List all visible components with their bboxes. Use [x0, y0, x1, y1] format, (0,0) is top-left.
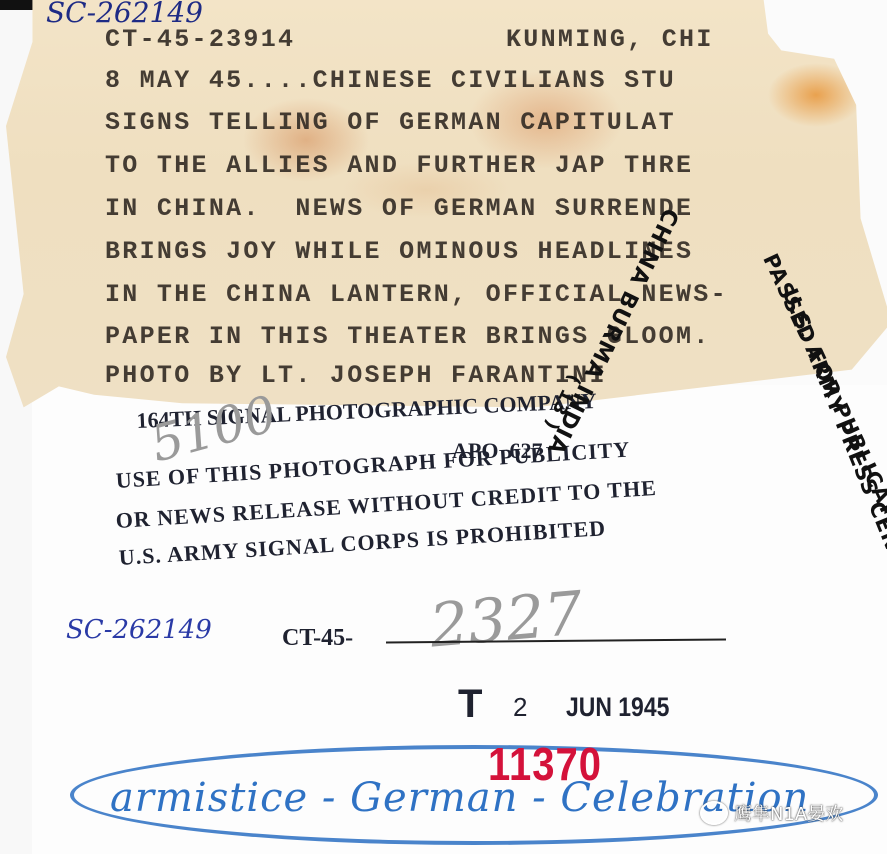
caption-line: PHOTO BY LT. JOSEPH FARANTINI: [105, 361, 607, 390]
date-stamp-month-year: JUN 1945: [566, 692, 669, 723]
chat-bubble-icon: [700, 801, 728, 825]
watermark: 鹰隼N1A晏欢: [700, 800, 843, 826]
date-stamp-prefix: T: [458, 682, 482, 727]
pencil-note: 2327: [427, 578, 585, 661]
handwritten-id-bottom: SC-262149: [66, 615, 212, 645]
caption-line: IN CHINA. NEWS OF GERMAN SURRENDE: [105, 194, 693, 223]
caption-location: KUNMING, CHI: [506, 25, 714, 54]
caption-line: BRINGS JOY WHILE OMINOUS HEADLINES: [105, 237, 693, 266]
form-label: CT-45-: [282, 625, 353, 652]
date-stamp-day: 2: [513, 692, 527, 723]
caption-line: TO THE ALLIES AND FURTHER JAP THRE: [105, 151, 693, 180]
watermark-text: 鹰隼N1A晏欢: [734, 800, 843, 826]
caption-line: 8 MAY 45....CHINESE CIVILIANS STU: [105, 66, 676, 95]
caption-line: SIGNS TELLING OF GERMAN CAPITULAT: [105, 108, 676, 137]
caption-number: CT-45-23914: [105, 25, 295, 54]
